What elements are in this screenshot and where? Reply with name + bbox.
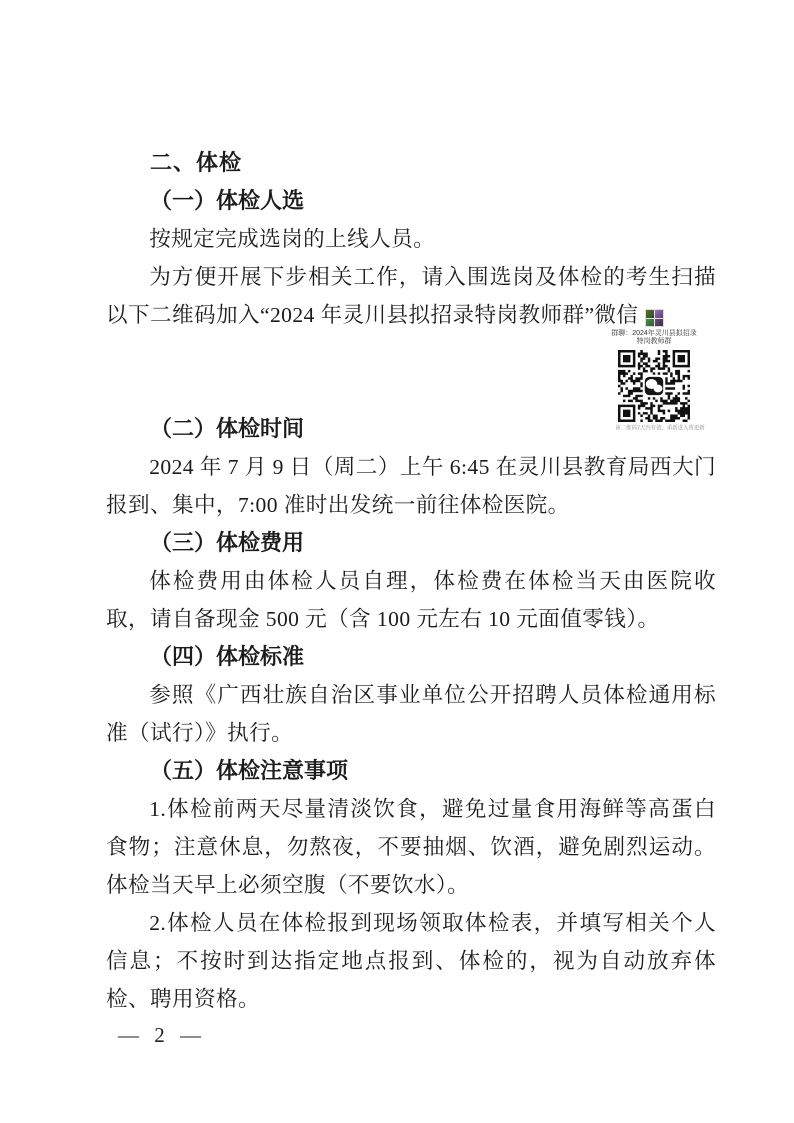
- group-name-label: 群聊：2024年灵川县拟招录特岗教师群: [611, 330, 697, 346]
- subsection-heading-fee: （三）体检费用: [106, 524, 716, 562]
- paragraph-standard: 参照《广西壮族自治区事业单位公开招聘人员体检通用标准（试行）》执行。: [106, 676, 716, 752]
- subsection-heading-standard: （四）体检标准: [106, 638, 716, 676]
- paragraph-candidates: 按规定完成选岗的上线人员。: [106, 220, 716, 258]
- subsection-heading-notes: （五）体检注意事项: [106, 752, 716, 790]
- paragraph-fee: 体检费用由体检人员自理，体检费在体检当天由医院收取，请自备现金 500 元（含 …: [106, 562, 716, 638]
- wechat-group-qr-block: 群聊：2024年灵川县拟招录特岗教师群 该二维码7天内有效，重新进入将更新: [611, 309, 697, 433]
- avatar-tile: [646, 310, 654, 318]
- page-number: — 2 —: [118, 1021, 201, 1049]
- avatar-tile: [655, 319, 663, 327]
- qr-validity-caption: 该二维码7天内有效，重新进入将更新: [615, 426, 692, 432]
- document-body: 二、体检 （一）体检人选 按规定完成选岗的上线人员。 为方便开展下步相关工作，请…: [106, 144, 716, 1018]
- avatar-tile: [655, 310, 663, 318]
- paragraph-note-1: 1.体检前两天尽量清淡饮食，避免过量食用海鲜等高蛋白食物；注意休息，勿熬夜，不要…: [106, 790, 716, 904]
- document-page: 二、体检 （一）体检人选 按规定完成选岗的上线人员。 为方便开展下步相关工作，请…: [0, 0, 794, 1123]
- group-avatar-image: [645, 309, 664, 327]
- paragraph-note-2: 2.体检人员在体检报到现场领取体检表，并填写相关个人信息；不按时到达指定地点报到…: [106, 904, 716, 1018]
- subsection-heading-candidates: （一）体检人选: [106, 182, 716, 220]
- avatar-tile: [646, 319, 654, 327]
- section-title: 二、体检: [106, 144, 716, 182]
- paragraph-time: 2024 年 7 月 9 日（周二）上午 6:45 在灵川县教育局西大门报到、集…: [106, 448, 716, 524]
- wechat-group-qr-code: [618, 350, 690, 422]
